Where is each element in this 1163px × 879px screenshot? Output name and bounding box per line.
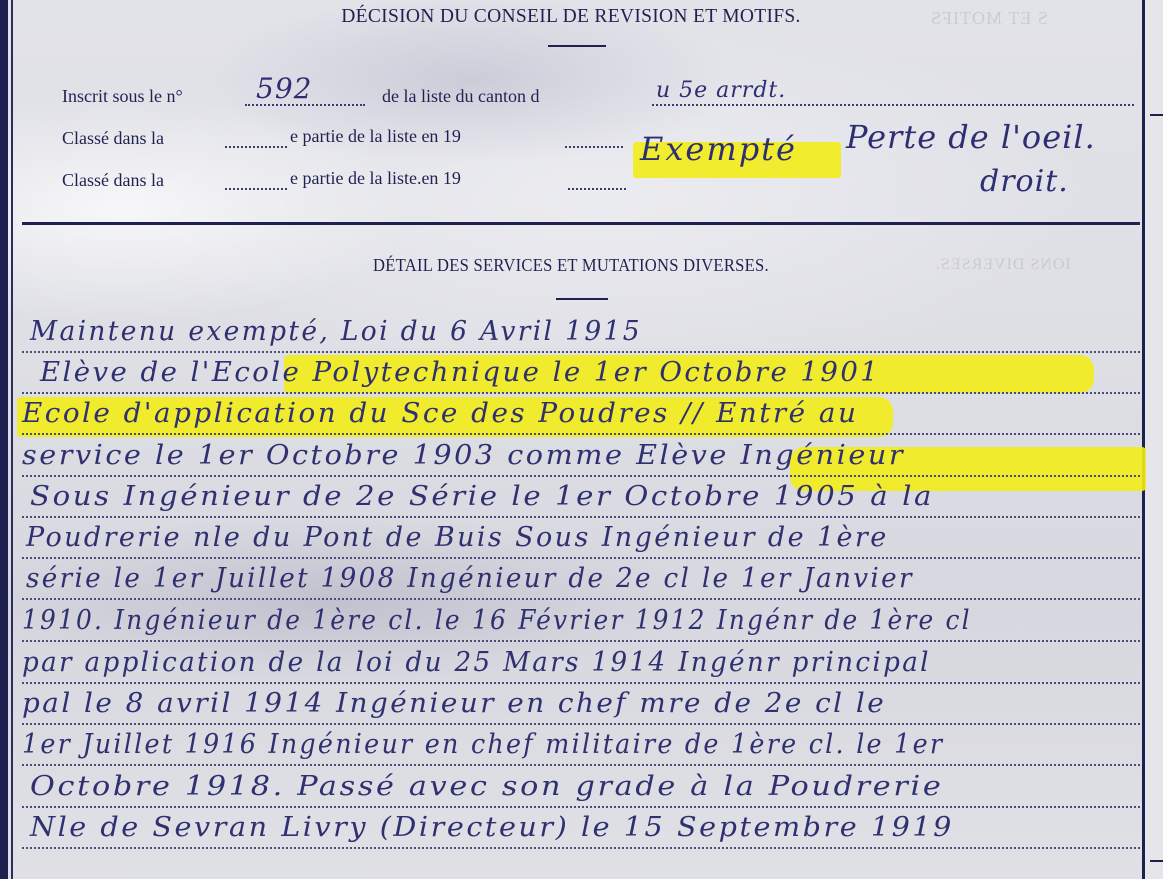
ruled-line (22, 640, 1140, 642)
service-entry-line: Sous Ingénieur de 2e Série le 1er Octobr… (30, 481, 934, 512)
ruled-line (22, 557, 1140, 559)
form-label-inscrit: Inscrit sous le n° (62, 86, 183, 107)
form-label-partie-1: e partie de la liste en 19 (290, 126, 461, 147)
service-entry-line: service le 1er Octobre 1903 comme Elève … (22, 440, 905, 471)
bleed-through-text: S ET MOTIFS (930, 8, 1048, 29)
adjacent-column-strip (1145, 0, 1163, 879)
handwritten-canton: u 5e arrdt. (656, 78, 786, 103)
handwritten-motif-line1: Perte de l'oeil. (846, 118, 1096, 156)
ruled-line (22, 682, 1140, 684)
ruled-line (22, 351, 1140, 353)
service-entry-line: pal le 8 avril 1914 Ingénieur en chef mr… (22, 688, 886, 719)
form-label-classe-1: Classé dans la (62, 128, 164, 149)
ruled-line (22, 433, 1140, 435)
ruled-line (22, 723, 1140, 725)
heading-underline-dash (556, 298, 608, 300)
bleed-through-text: IONS DIVERSES. (935, 256, 1071, 274)
fill-line-year-2 (568, 188, 626, 190)
fill-line-partie-2 (225, 188, 287, 190)
service-entry-line: Octobre 1918. Passé avec son grade à la … (30, 771, 943, 802)
form-label-canton: de la liste du canton d (382, 86, 539, 107)
service-entry-line: Maintenu exempté, Loi du 6 Avril 1915 (30, 316, 642, 347)
right-column-tick (1150, 860, 1163, 862)
fill-line-year-1 (565, 146, 623, 148)
ruled-line (22, 475, 1140, 477)
fill-line-partie-1 (225, 146, 287, 148)
service-entry-line: 1910. Ingénieur de 1ère cl. le 16 Févrie… (22, 605, 972, 636)
form-label-classe-2: Classé dans la (62, 170, 164, 191)
section-divider (22, 222, 1140, 225)
ruled-line (22, 598, 1140, 600)
ruled-line (22, 392, 1140, 394)
form-label-partie-2: e partie de la liste.en 19 (290, 168, 461, 189)
ruled-line (22, 847, 1140, 849)
left-inner-border (11, 0, 13, 879)
ruled-line (22, 516, 1140, 518)
service-entry-line: série le 1er Juillet 1908 Ingénieur de 2… (26, 563, 914, 594)
service-entry-line: Poudrerie nle du Pont de Buis Sous Ingén… (26, 522, 889, 553)
service-entry-line: par application de la loi du 25 Mars 191… (22, 647, 931, 678)
handwritten-motif-line2: droit. (980, 164, 1069, 199)
fill-line-canton (652, 104, 1134, 106)
handwritten-register-number: 592 (256, 72, 312, 105)
ruled-line (22, 806, 1140, 808)
service-entry-line: Elève de l'Ecole Polytechnique le 1er Oc… (40, 357, 880, 388)
left-border (0, 0, 8, 879)
service-entry-line: Ecole d'application du Sce des Poudres /… (22, 398, 858, 429)
handwritten-decision: Exempté (640, 130, 797, 168)
right-column-tick (1150, 114, 1163, 116)
heading-underline-dash (548, 45, 606, 47)
service-entry-line: 1er Juillet 1916 Ingénieur en chef milit… (22, 729, 944, 760)
ruled-line (22, 764, 1140, 766)
service-entry-line: Nle de Sevran Livry (Directeur) le 15 Se… (30, 812, 954, 843)
